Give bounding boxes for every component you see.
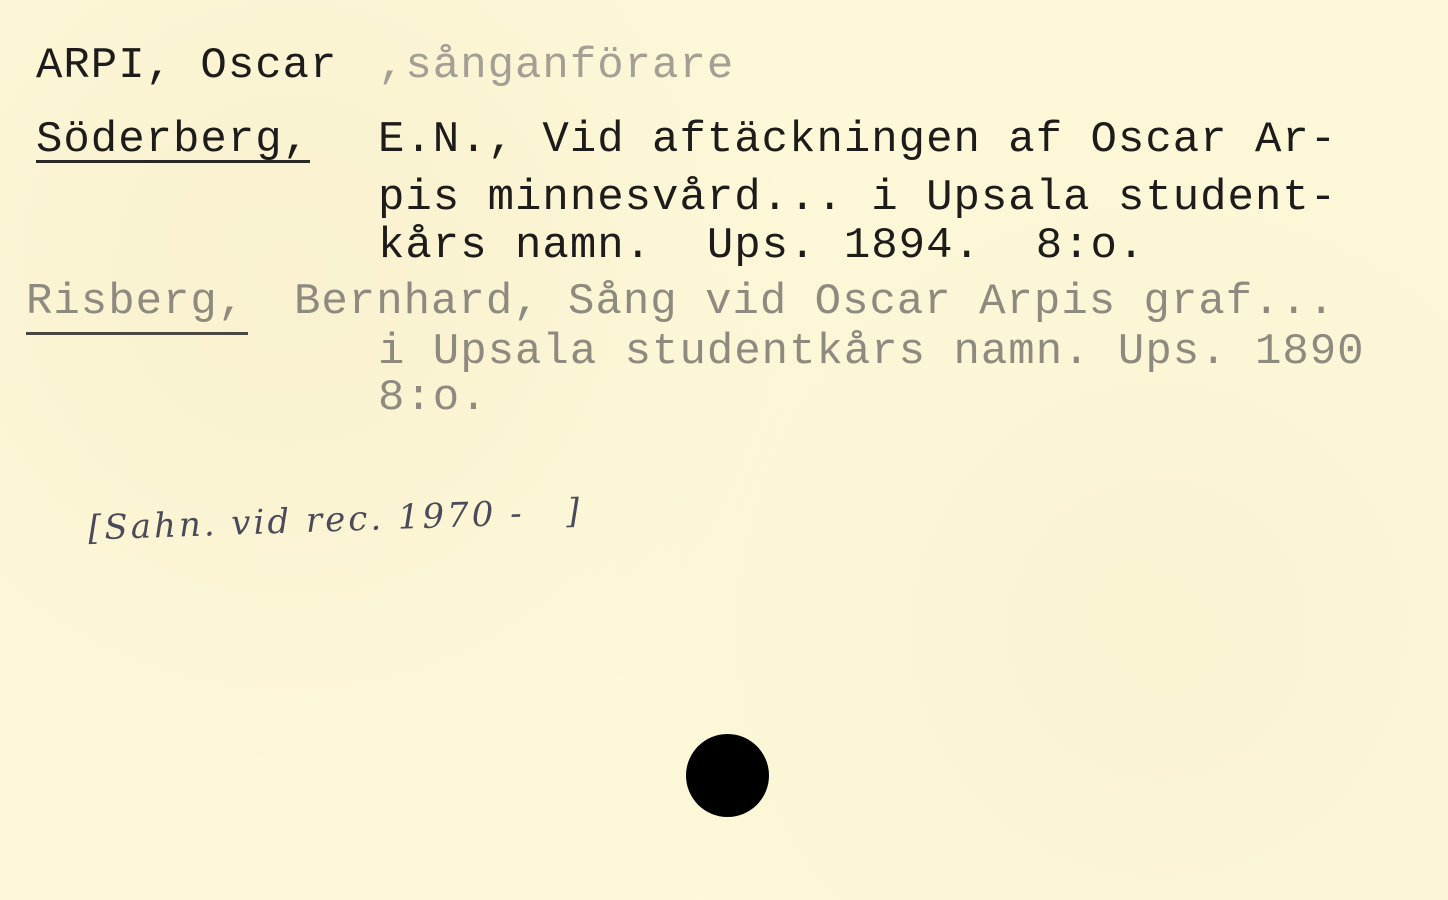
- entry-2-line-3: 8:o.: [378, 374, 488, 422]
- entry-1-line-2: pis minnesvård... i Upsala student-: [378, 174, 1337, 222]
- heading-occupation: ,sånganförare: [378, 42, 734, 90]
- entry-1-line-1: E.N., Vid aftäckningen af Oscar Ar-: [378, 116, 1337, 164]
- entry-2-author-underline: [26, 332, 248, 335]
- entry-1-line-3: kårs namn. Ups. 1894. 8:o.: [378, 222, 1145, 270]
- entry-2-author: Risberg,: [26, 278, 245, 326]
- entry-2-line-2: i Upsala studentkårs namn. Ups. 1890: [378, 328, 1365, 376]
- entry-1-author: Söderberg,: [36, 116, 310, 164]
- punch-hole-icon: [686, 734, 769, 817]
- catalog-card: ARPI, Oscar ,sånganförare Söderberg, E.N…: [0, 0, 1448, 900]
- entry-1-author-underline: [36, 160, 310, 163]
- heading-name: ARPI, Oscar: [36, 42, 337, 90]
- handwritten-note: [Sahn. vid rec. 1970 - ]: [87, 491, 583, 548]
- entry-2-line-1: Bernhard, Sång vid Oscar Arpis graf...: [294, 278, 1335, 326]
